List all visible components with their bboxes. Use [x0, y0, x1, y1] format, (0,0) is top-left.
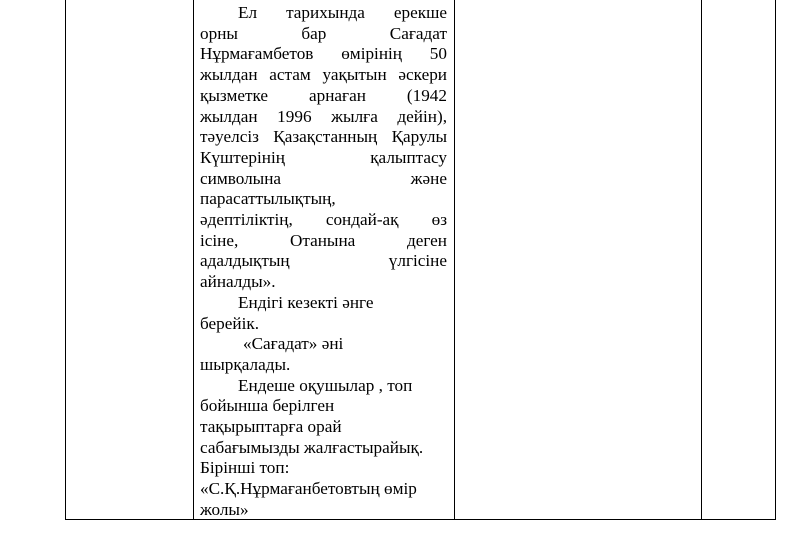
paragraph-song-performed: «Сағадат» әні шырқалады. — [200, 334, 447, 375]
text-line: шырқалады. — [200, 355, 447, 376]
text-line: жылдан астам уақытын әскери — [200, 65, 447, 86]
table-cell-col3 — [455, 0, 701, 519]
text-line: тәуелсіз Қазақстанның Қарулы — [200, 127, 447, 148]
text-line: Күштерінің қалыптасу — [200, 148, 447, 169]
text-line: сабағымызды жалғастырайық. — [200, 438, 447, 459]
text-line: Ендеше оқушылар , топ — [200, 376, 447, 397]
text-line: адалдықтың үлгісіне — [200, 251, 447, 272]
table-cell-col1 — [66, 0, 193, 519]
table-cell-col2: Ел тарихында ерекше орны бар Сағадат Нұр… — [200, 3, 447, 521]
text-line: «Сағадат» әні — [200, 334, 447, 355]
text-line: Ендігі кезекті әнге — [200, 293, 447, 314]
paragraph-next-song: Ендігі кезекті әнге берейік. — [200, 293, 447, 334]
paragraph-group-work: Ендеше оқушылар , топ бойынша берілген т… — [200, 376, 447, 521]
text-line: символына және — [200, 169, 447, 190]
text-line: орны бар Сағадат — [200, 24, 447, 45]
text-line: Ел тарихында ерекше — [200, 3, 447, 24]
text-line: әдептіліктің, сондай-ақ өз — [200, 210, 447, 231]
column-divider-1 — [193, 0, 194, 520]
text-line: Нұрмағамбетов өмірінің 50 — [200, 44, 447, 65]
text-line: жолы» — [200, 500, 447, 521]
text-line: Бірінші топ: — [200, 458, 447, 479]
text-line: тақырыптарға орай — [200, 417, 447, 438]
text-line: айналды». — [200, 272, 447, 293]
table-cell-col4 — [702, 0, 775, 519]
paragraph-history: Ел тарихында ерекше орны бар Сағадат Нұр… — [200, 3, 447, 293]
text-line: бойынша берілген — [200, 396, 447, 417]
text-line: берейік. — [200, 314, 447, 335]
table-border-right — [775, 0, 776, 520]
text-line: «С.Қ.Нұрмағанбетовтың өмір — [200, 479, 447, 500]
text-line: қызметке арнаған (1942 — [200, 86, 447, 107]
text-line: парасаттылықтың, — [200, 189, 447, 210]
text-line: ісіне, Отанына деген — [200, 231, 447, 252]
text-line: жылдан 1996 жылға дейін), — [200, 107, 447, 128]
